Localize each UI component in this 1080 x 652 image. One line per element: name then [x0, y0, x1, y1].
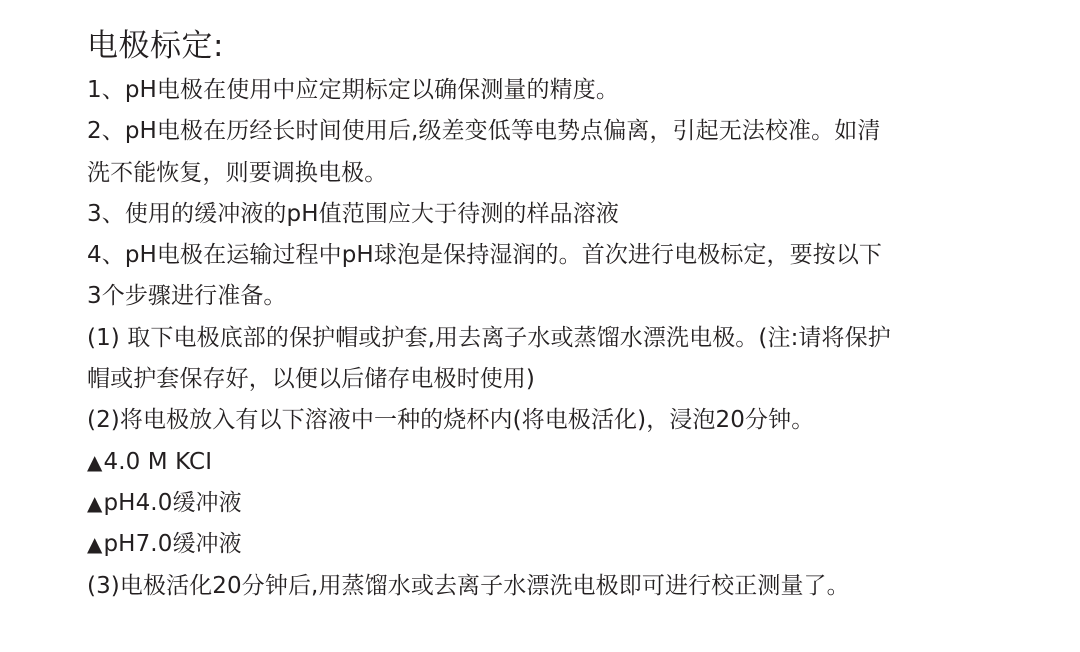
page-title: 电极标定:	[87, 24, 1047, 68]
bullet-text: 4.0 M KCI	[103, 449, 212, 475]
text-line: 4、pH电极在运输过程中pH球泡是保持湿润的。首次进行电极标定，要按以下	[87, 235, 1047, 276]
text-line: 2、pH电极在历经长时间使用后,级差变低等电势点偏离，引起无法校准。如清	[87, 111, 1047, 152]
document-body: 电极标定: 1、pH电极在使用中应定期标定以确保测量的精度。 2、pH电极在历经…	[87, 24, 1047, 607]
text-line: 3、使用的缓冲液的pH值范围应大于待测的样品溶液	[87, 194, 1047, 235]
bullet-text: pH4.0缓冲液	[103, 490, 241, 516]
triangle-bullet-icon: ▲	[87, 532, 102, 556]
bullet-text: pH7.0缓冲液	[103, 531, 241, 557]
text-line: 洗不能恢复，则要调换电极。	[87, 153, 1047, 194]
triangle-bullet-icon: ▲	[87, 491, 102, 515]
text-line: 3个步骤进行准备。	[87, 276, 1047, 317]
bullet-item: ▲4.0 M KCI	[87, 442, 1047, 483]
bullet-item: ▲pH7.0缓冲液	[87, 524, 1047, 565]
text-line: (1) 取下电极底部的保护帽或护套,用去离子水或蒸馏水漂洗电极。(注:请将保护	[87, 318, 1047, 359]
text-line: (2)将电极放入有以下溶液中一种的烧杯内(将电极活化)，浸泡20分钟。	[87, 400, 1047, 441]
triangle-bullet-icon: ▲	[87, 450, 102, 474]
text-line: 帽或护套保存好，以便以后储存电极时使用)	[87, 359, 1047, 400]
text-line: (3)电极活化20分钟后,用蒸馏水或去离子水漂洗电极即可进行校正测量了。	[87, 566, 1047, 607]
bullet-item: ▲pH4.0缓冲液	[87, 483, 1047, 524]
text-line: 1、pH电极在使用中应定期标定以确保测量的精度。	[87, 70, 1047, 111]
